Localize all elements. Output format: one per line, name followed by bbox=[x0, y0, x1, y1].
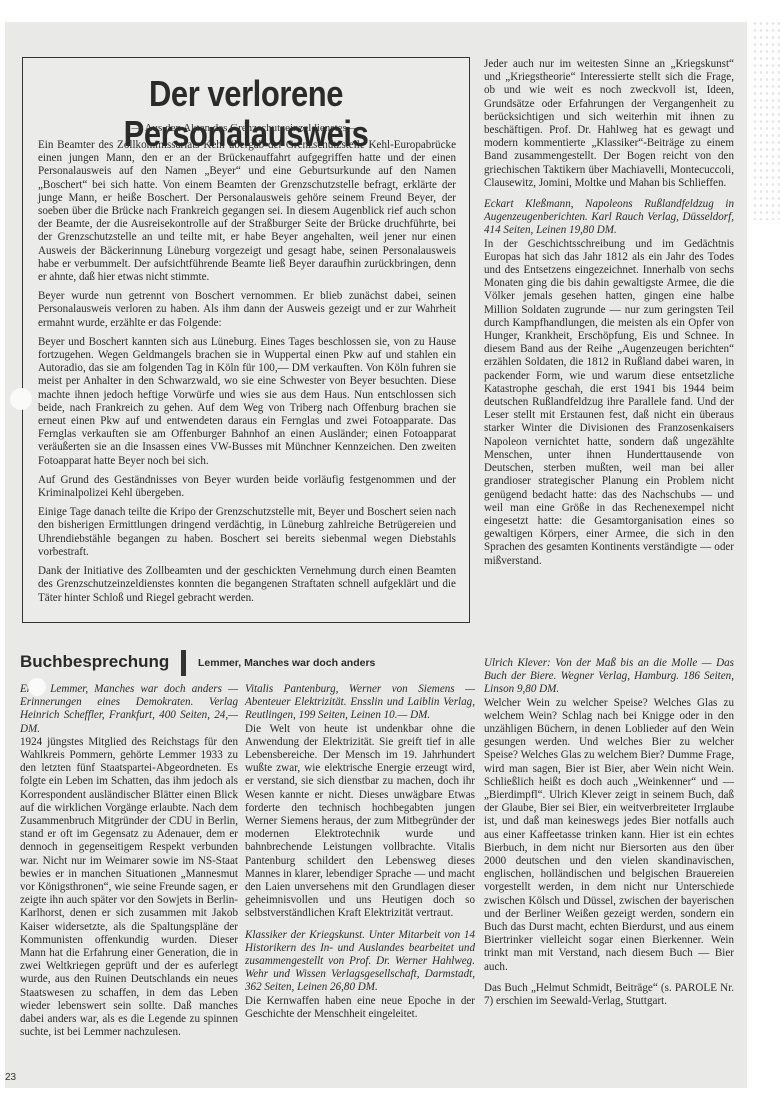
klassiker-review-continuation: Jeder auch nur im weitesten Sinne an „Kr… bbox=[484, 58, 734, 190]
article-paragraph: Beyer und Boschert kannten sich aus Lüne… bbox=[38, 336, 456, 468]
klessmann-citation: Eckart Kleßmann, Napoleons Rußlandfeldzu… bbox=[484, 198, 734, 238]
article-paragraph: Einige Tage danach teilte die Kripo der … bbox=[38, 506, 456, 559]
right-column-top: Jeder auch nur im weitesten Sinne an „Kr… bbox=[484, 58, 734, 568]
klessmann-review: In der Geschichtsschreibung und im Gedäc… bbox=[484, 238, 734, 568]
book-column-2: Vitalis Pantenburg, Werner von Siemens —… bbox=[245, 683, 475, 1021]
klever-review: Welcher Wein zu welcher Speise? Welches … bbox=[484, 697, 734, 974]
article-paragraph: Auf Grund des Geständnisses von Beyer wu… bbox=[38, 474, 456, 500]
siemens-review: Die Welt von heute ist undenkbar ohne di… bbox=[245, 723, 475, 921]
punch-hole bbox=[28, 678, 46, 696]
scan-noise bbox=[752, 20, 780, 220]
section-subtitle: Lemmer, Manches war doch anders bbox=[198, 657, 375, 669]
klassiker-review-start: Die Kernwaffen haben eine neue Epoche in… bbox=[245, 995, 475, 1021]
article-paragraph: Dank der Initiative des Zollbeamten und … bbox=[38, 565, 456, 605]
page-number: 23 bbox=[5, 1072, 16, 1083]
schmidt-note: Das Buch „Helmut Schmidt, Beiträge“ (s. … bbox=[484, 982, 734, 1008]
lemmer-review: 1924 jüngstes Mitglied des Reichstags fü… bbox=[20, 736, 238, 1040]
book-column-3: Ulrich Klever: Von der Maß bis an die Mo… bbox=[484, 649, 734, 1008]
klassiker-citation: Klassiker der Kriegskunst. Unter Mitarbe… bbox=[245, 929, 475, 995]
section-title: Buchbesprechung bbox=[20, 652, 169, 672]
klever-citation: Ulrich Klever: Von der Maß bis an die Mo… bbox=[484, 657, 734, 697]
article-paragraph: Ein Beamter des Zollkommissariats Kehl ü… bbox=[38, 139, 456, 284]
lemmer-citation: Ernst Lemmer, Manches war doch anders — … bbox=[20, 683, 238, 736]
article-body: Ein Beamter des Zollkommissariats Kehl ü… bbox=[38, 139, 456, 611]
punch-hole bbox=[10, 388, 32, 410]
article-subhead: — Aus den Akten des Grenzschutzeinzeldie… bbox=[22, 122, 470, 134]
section-divider-bar bbox=[181, 650, 186, 676]
book-column-1: Ernst Lemmer, Manches war doch anders — … bbox=[20, 683, 238, 1039]
article-paragraph: Beyer wurde nun getrennt von Boschert ve… bbox=[38, 290, 456, 330]
siemens-citation: Vitalis Pantenburg, Werner von Siemens —… bbox=[245, 683, 475, 723]
